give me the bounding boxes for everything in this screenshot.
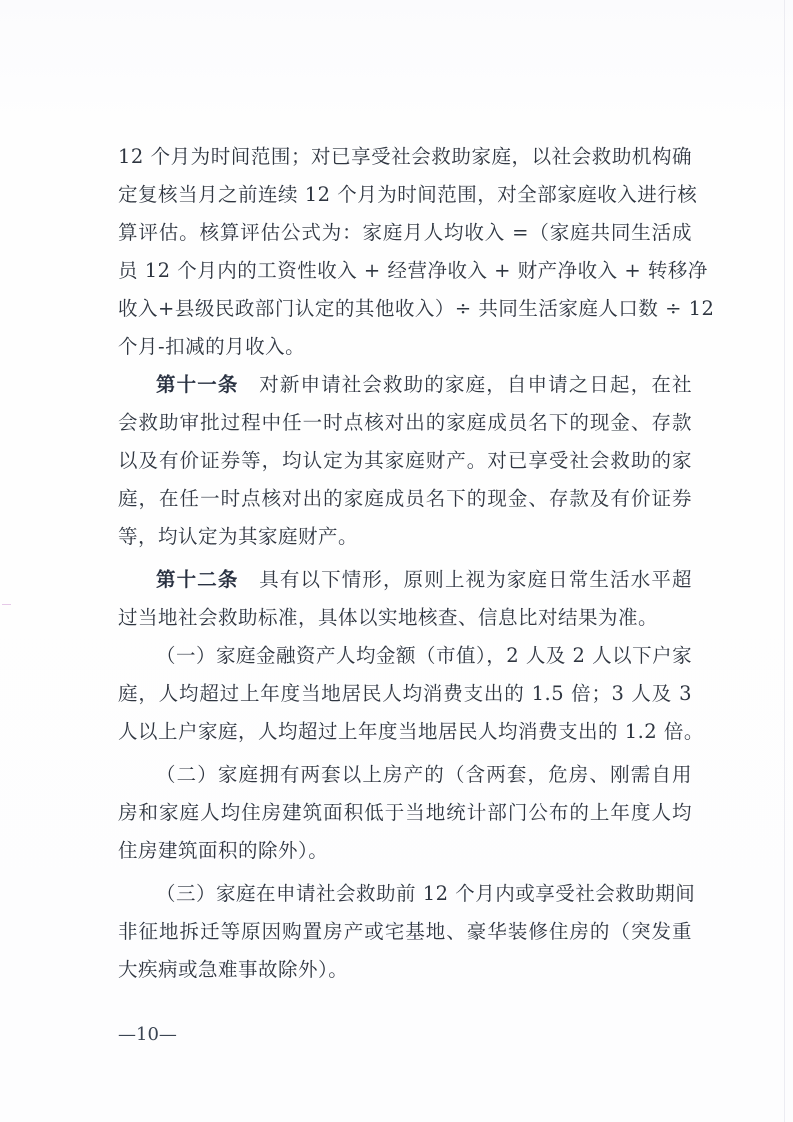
- scan-edge: [784, 0, 785, 1122]
- article-11-line: 第十一条对新申请社会救助的家庭，自申请之日起，在社: [156, 370, 692, 400]
- clause-1-line: （一）家庭金融资产人均金额（市值），2 人及 2 人以下户家: [156, 641, 692, 671]
- text-line: 房和家庭人均住房建筑面积低于当地统计部门公布的上年度人均: [118, 798, 692, 828]
- article-heading: 第十一条: [156, 373, 239, 396]
- clause-3-line: （三）家庭在申请社会救助前 12 个月内或享受社会救助期间: [156, 879, 692, 909]
- page-number: —10—: [118, 1020, 177, 1050]
- article-heading: 第十二条: [156, 568, 239, 591]
- article-12-line: 第十二条具有以下情形，原则上视为家庭日常生活水平超: [156, 565, 692, 595]
- text-line: 12 个月为时间范围；对已享受社会救助家庭，以社会救助机构确: [118, 142, 692, 172]
- text-line: 人以上户家庭，人均超过上年度当地居民人均消费支出的 1.2 倍。: [118, 717, 692, 747]
- text-line: 个月-扣减的月收入。: [118, 332, 692, 362]
- text-line: 算评估。核算评估公式为：家庭月人均收入 =（家庭共同生活成: [118, 218, 692, 248]
- scan-mark: [2, 604, 11, 605]
- article-text: 对新申请社会救助的家庭，自申请之日起，在社: [259, 373, 692, 396]
- text-line: 庭，在任一时点核对出的家庭成员名下的现金、存款及有价证券: [118, 484, 692, 514]
- text-line: 住房建筑面积的除外）。: [118, 836, 692, 866]
- text-line: 定复核当月之前连续 12 个月为时间范围，对全部家庭收入进行核: [118, 180, 692, 210]
- text-line: 等，均认定为其家庭财产。: [118, 522, 692, 552]
- clause-2-line: （二）家庭拥有两套以上房产的（含两套，危房、刚需自用: [156, 760, 692, 790]
- text-line: 收入+县级民政部门认定的其他收入）÷ 共同生活家庭人口数 ÷ 12: [118, 294, 692, 324]
- article-text: 具有以下情形，原则上视为家庭日常生活水平超: [259, 568, 692, 591]
- text-line: 非征地拆迁等原因购置房产或宅基地、豪华装修住房的（突发重: [118, 917, 692, 947]
- text-line: 以及有价证券等，均认定为其家庭财产。对已享受社会救助的家: [118, 446, 692, 476]
- document-page: 12 个月为时间范围；对已享受社会救助家庭，以社会救助机构确 定复核当月之前连续…: [0, 0, 793, 1122]
- text-line: 会救助审批过程中任一时点核对出的家庭成员名下的现金、存款: [118, 408, 692, 438]
- text-line: 大疾病或急难事故除外）。: [118, 955, 692, 985]
- text-line: 庭，人均超过上年度当地居民人均消费支出的 1.5 倍；3 人及 3: [118, 679, 692, 709]
- text-line: 过当地社会救助标准，具体以实地核查、信息比对结果为准。: [118, 603, 692, 633]
- text-line: 员 12 个月内的工资性收入 + 经营净收入 + 财产净收入 + 转移净: [118, 256, 692, 286]
